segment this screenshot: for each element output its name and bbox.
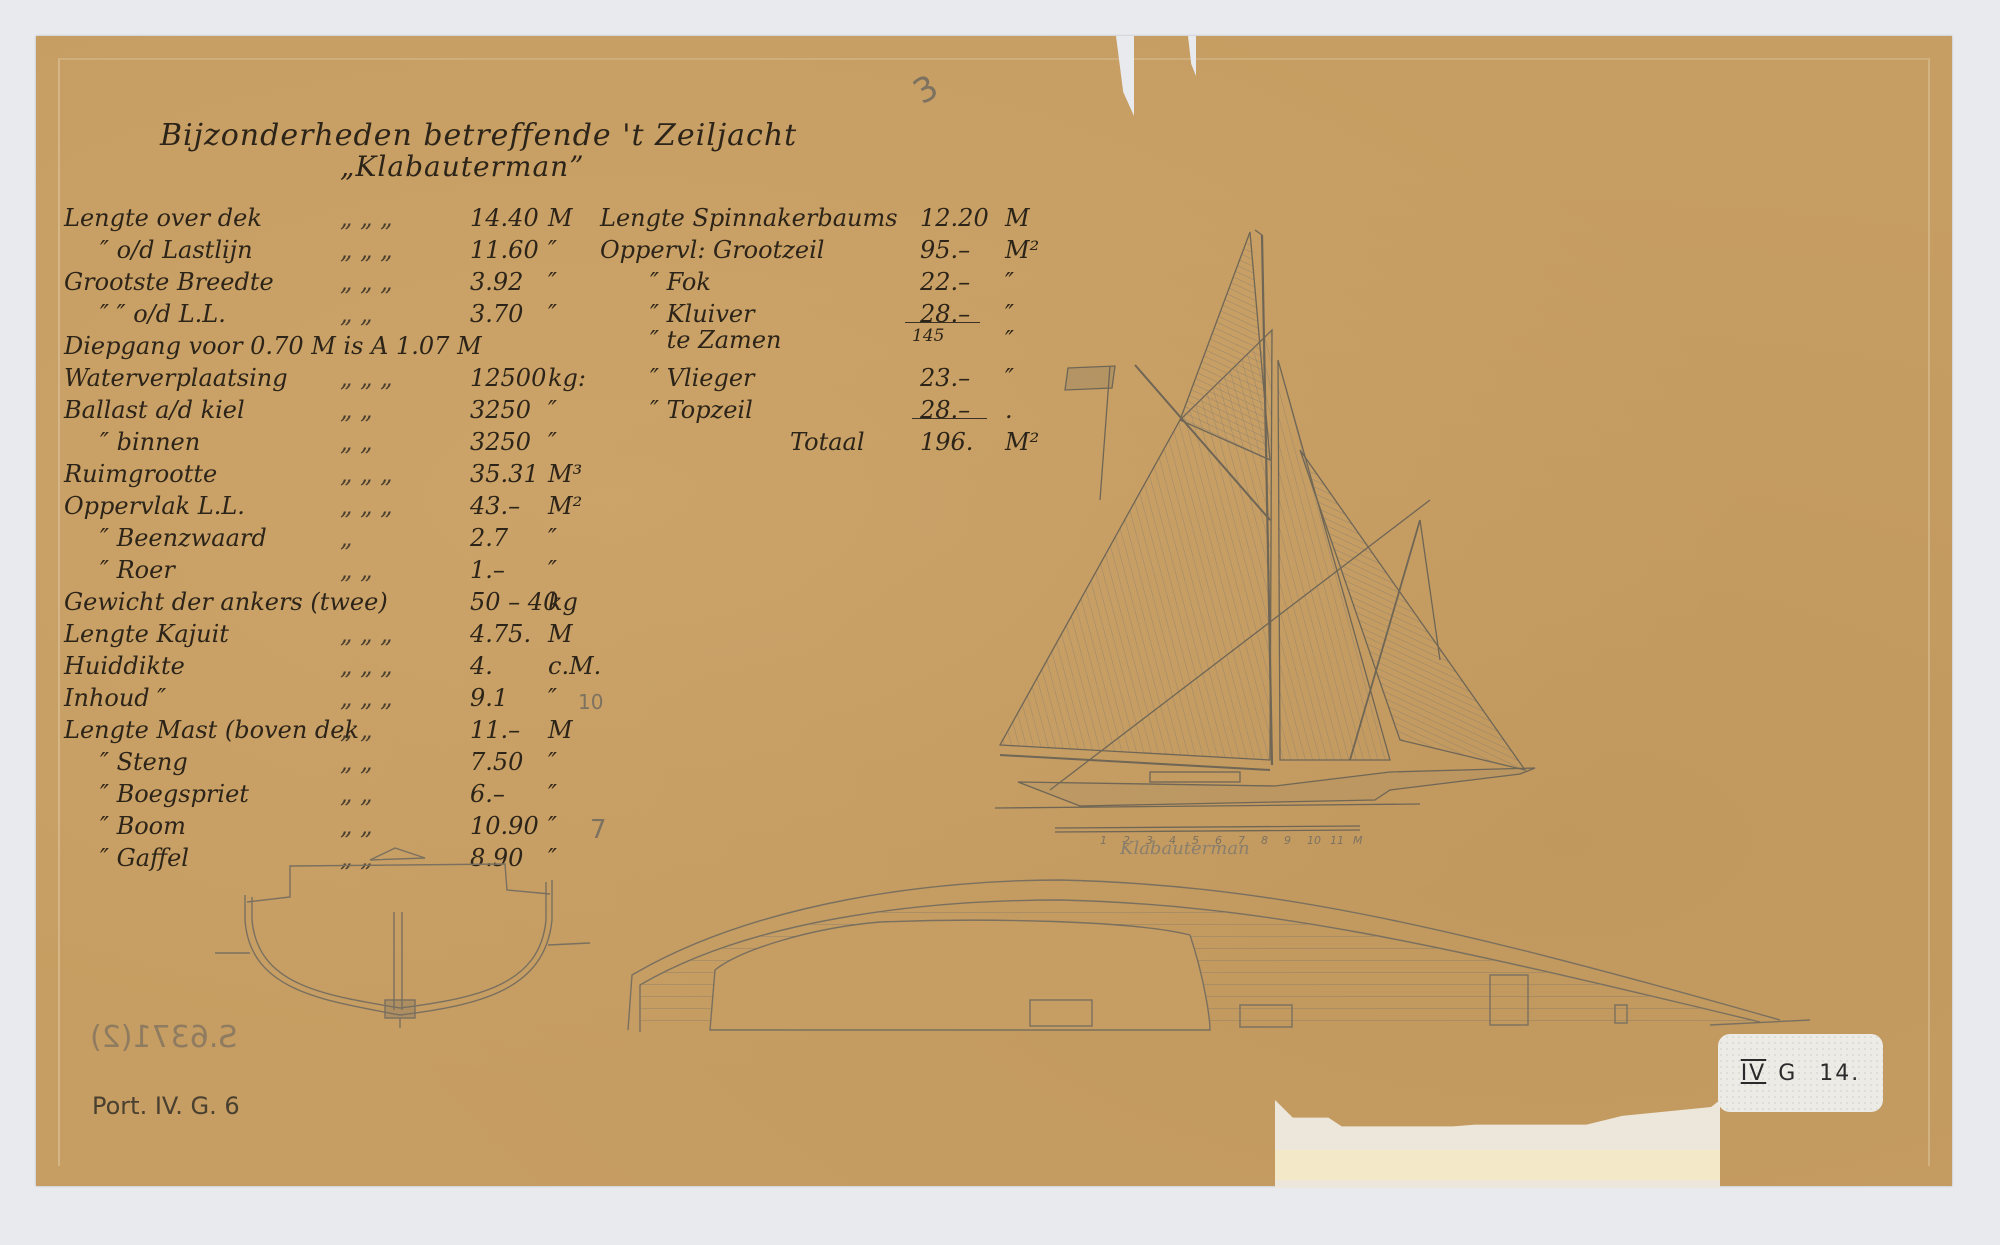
portfolio-reference: Port. IV. G. 6 xyxy=(92,1092,240,1120)
technical-drawings: 1234567891011M xyxy=(0,0,2000,1245)
label-series: G xyxy=(1778,1061,1797,1086)
label-roman: IV xyxy=(1741,1061,1767,1086)
sail-plan-caption: Klabauterman xyxy=(1120,838,1250,859)
boathouse-section xyxy=(628,880,1810,1032)
scale-tick-label: 8 xyxy=(1261,834,1268,847)
scale-tick-label: M xyxy=(1353,834,1363,847)
midship-section xyxy=(215,848,590,1028)
label-number: 14. xyxy=(1819,1061,1860,1086)
scale-tick-label: 1 xyxy=(1100,834,1107,847)
catalogue-label: IV G 14. xyxy=(1718,1034,1883,1112)
sail-plan xyxy=(995,230,1535,832)
mirrored-stamp: S.6371(2) xyxy=(90,1020,237,1055)
scale-tick-label: 11 xyxy=(1330,834,1344,847)
scale-tick-label: 10 xyxy=(1307,834,1321,847)
scale-tick-label: 9 xyxy=(1284,834,1291,847)
